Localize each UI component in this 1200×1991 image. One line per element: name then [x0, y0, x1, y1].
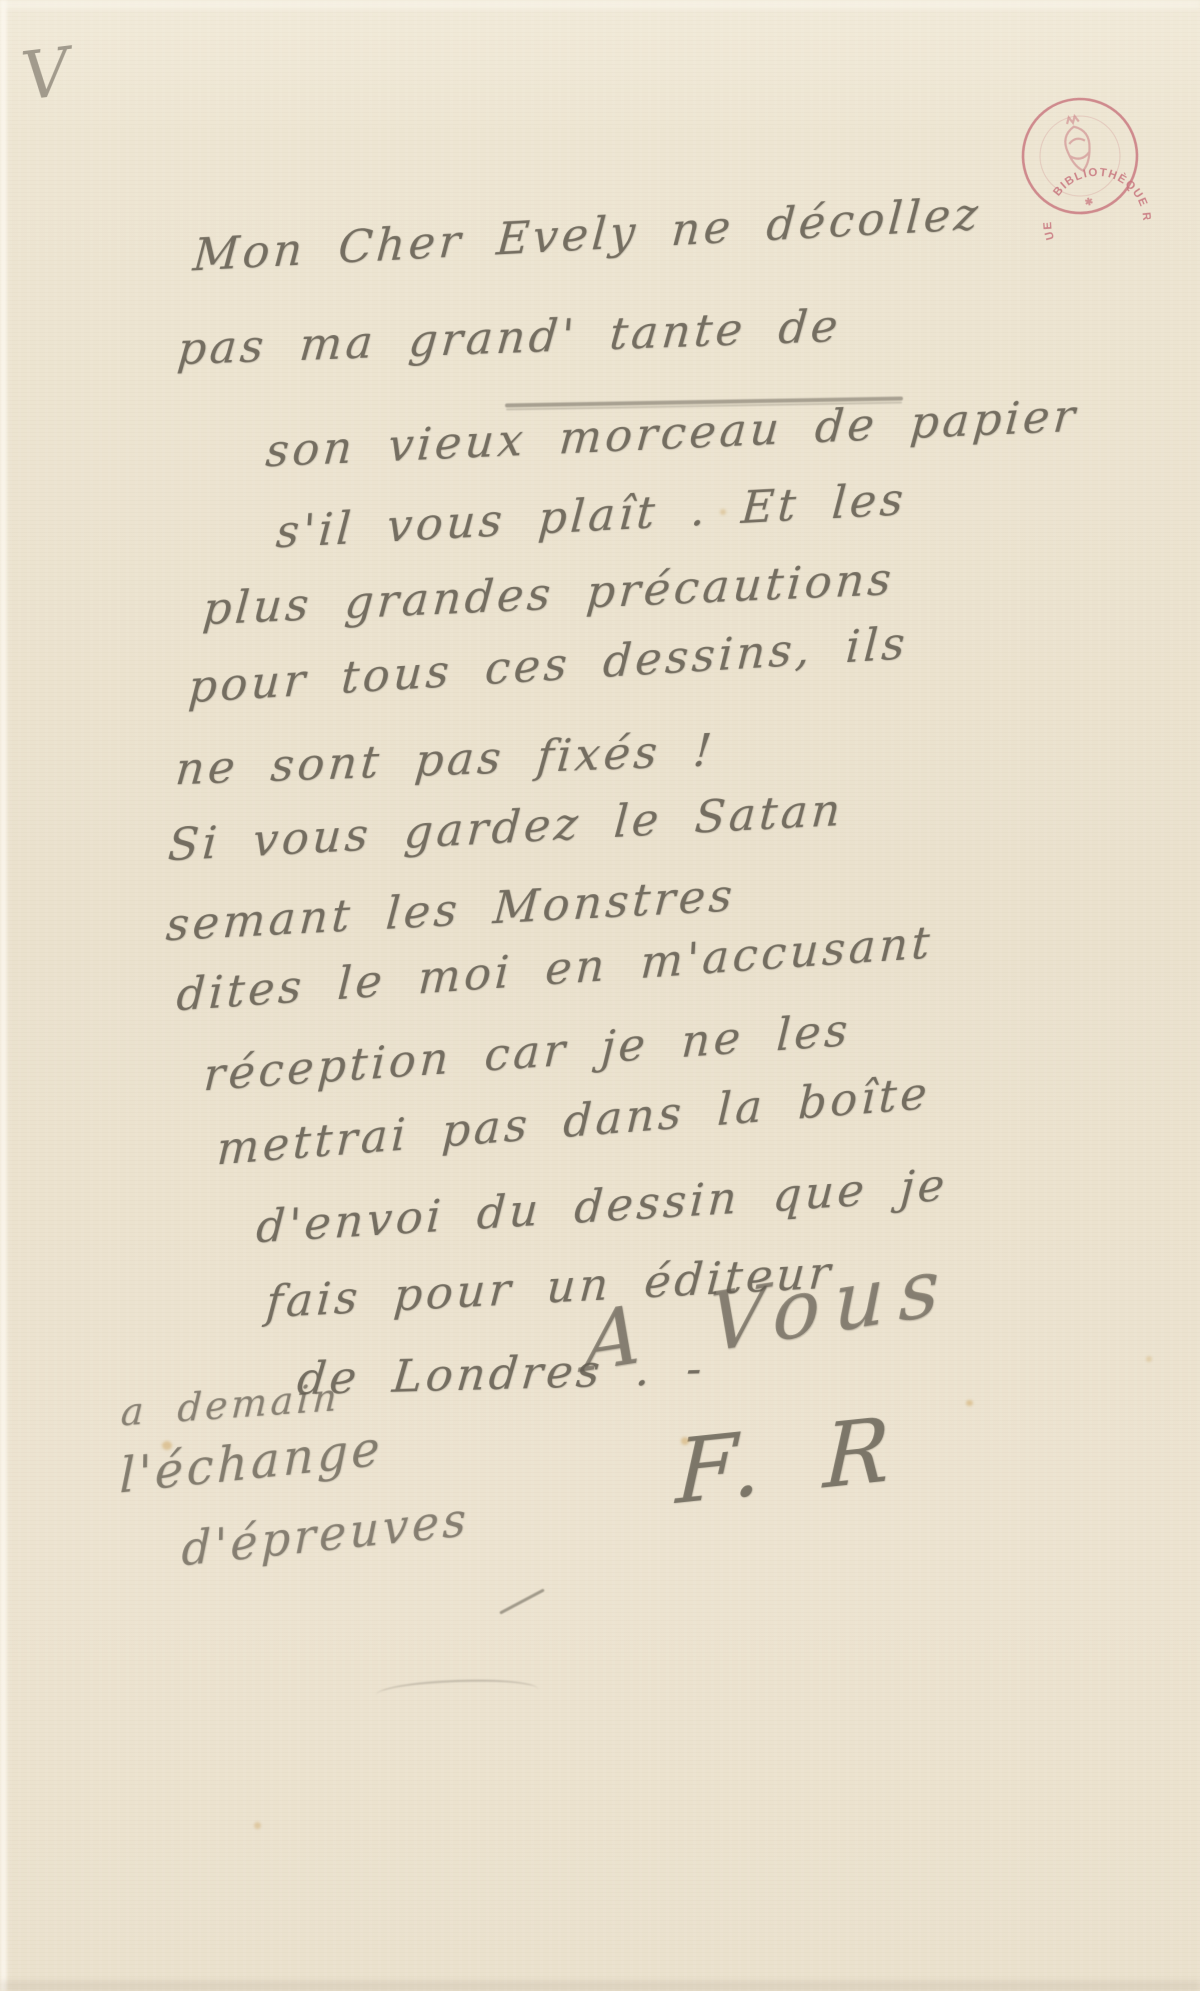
- stamp-lion-emblem: [1060, 114, 1095, 173]
- stamp-ring-text: BIBLIOTHÈQUE ROYALE DE BELGIQUE: [1032, 156, 1163, 246]
- foxing-spot: [681, 1437, 689, 1445]
- foxing-spot: [162, 1441, 172, 1450]
- signature: F. R: [674, 1397, 901, 1524]
- stamp-outer-ring: [1012, 88, 1147, 223]
- foxing-spot: [1146, 1356, 1152, 1362]
- closing-line: d'épreuves: [181, 1492, 470, 1577]
- library-stamp-icon: BIBLIOTHÈQUE ROYALE DE BELGIQUE ✱: [990, 66, 1170, 246]
- letter-page: V BIBLIOTHÈQUE ROYALE DE BELGIQUE ✱ Mon …: [0, 0, 1200, 1991]
- pencil-stroke: [499, 1588, 545, 1614]
- collection-mark: V: [17, 33, 74, 115]
- foxing-spot: [966, 1400, 973, 1406]
- pencil-flourish: [376, 1677, 538, 1695]
- closing-line: a demain: [120, 1375, 342, 1435]
- paper-edge-bottom: [0, 1981, 1200, 1991]
- foxing-spot: [254, 1822, 261, 1829]
- letter-line: pas ma grand' tante de: [175, 299, 843, 375]
- stamp-ornament: ✱: [1084, 196, 1095, 209]
- foxing-spot: [720, 509, 726, 515]
- letter-line: s'il vous plaît . Et les: [274, 472, 908, 558]
- stamp-inner-ring: [1033, 109, 1128, 204]
- paper-edge-top: [0, 0, 1200, 9]
- paper-edge-left: [0, 0, 7, 1991]
- letter-line: ne sont pas fixés !: [173, 723, 717, 795]
- letter-line: Si vous gardez le Satan: [166, 783, 845, 872]
- letter-line: Mon Cher Evely ne décollez: [191, 187, 983, 282]
- closing-line: l'échange: [119, 1420, 383, 1504]
- letter-line: d'envoi du dessin que je: [255, 1158, 950, 1254]
